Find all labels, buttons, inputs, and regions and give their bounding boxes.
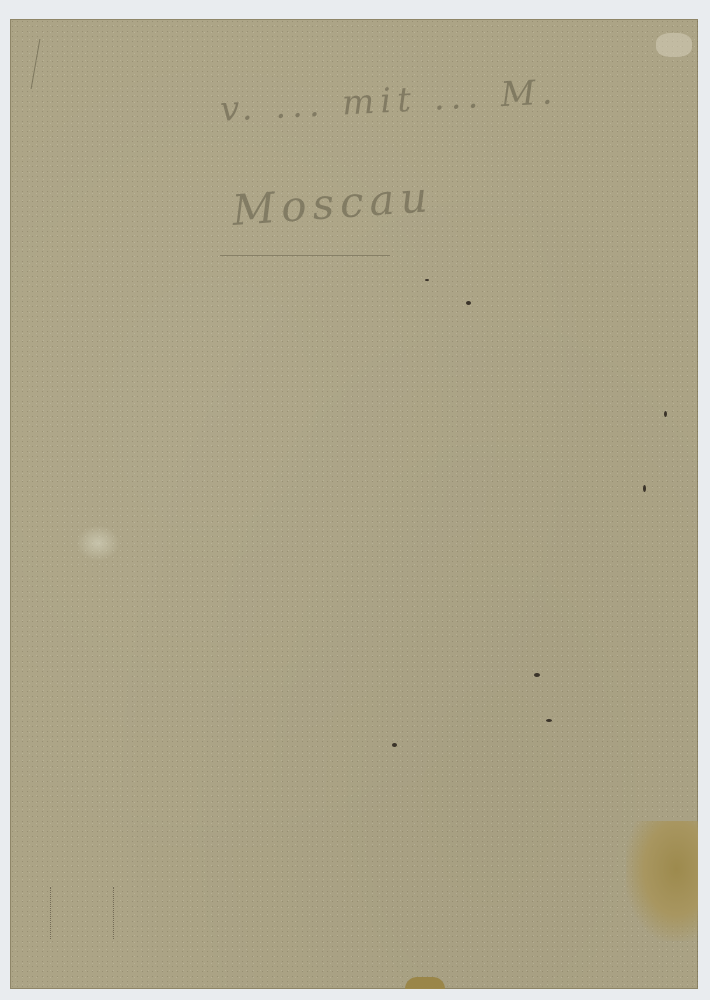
water-stain [626,821,698,941]
edge-stain [405,977,445,989]
dotted-pencil-marks [50,887,114,939]
paper-grain [10,19,698,989]
speck [466,301,471,305]
speck [664,411,667,417]
speck [392,743,397,747]
pencil-underline [220,255,390,256]
cardboard-mount: v. ... mit ... M. Moscau [10,19,698,989]
light-spot [76,525,120,561]
speck [534,673,540,677]
speck [546,719,552,722]
speck [643,485,646,492]
corner-blemish [656,33,692,57]
speck [425,279,429,281]
